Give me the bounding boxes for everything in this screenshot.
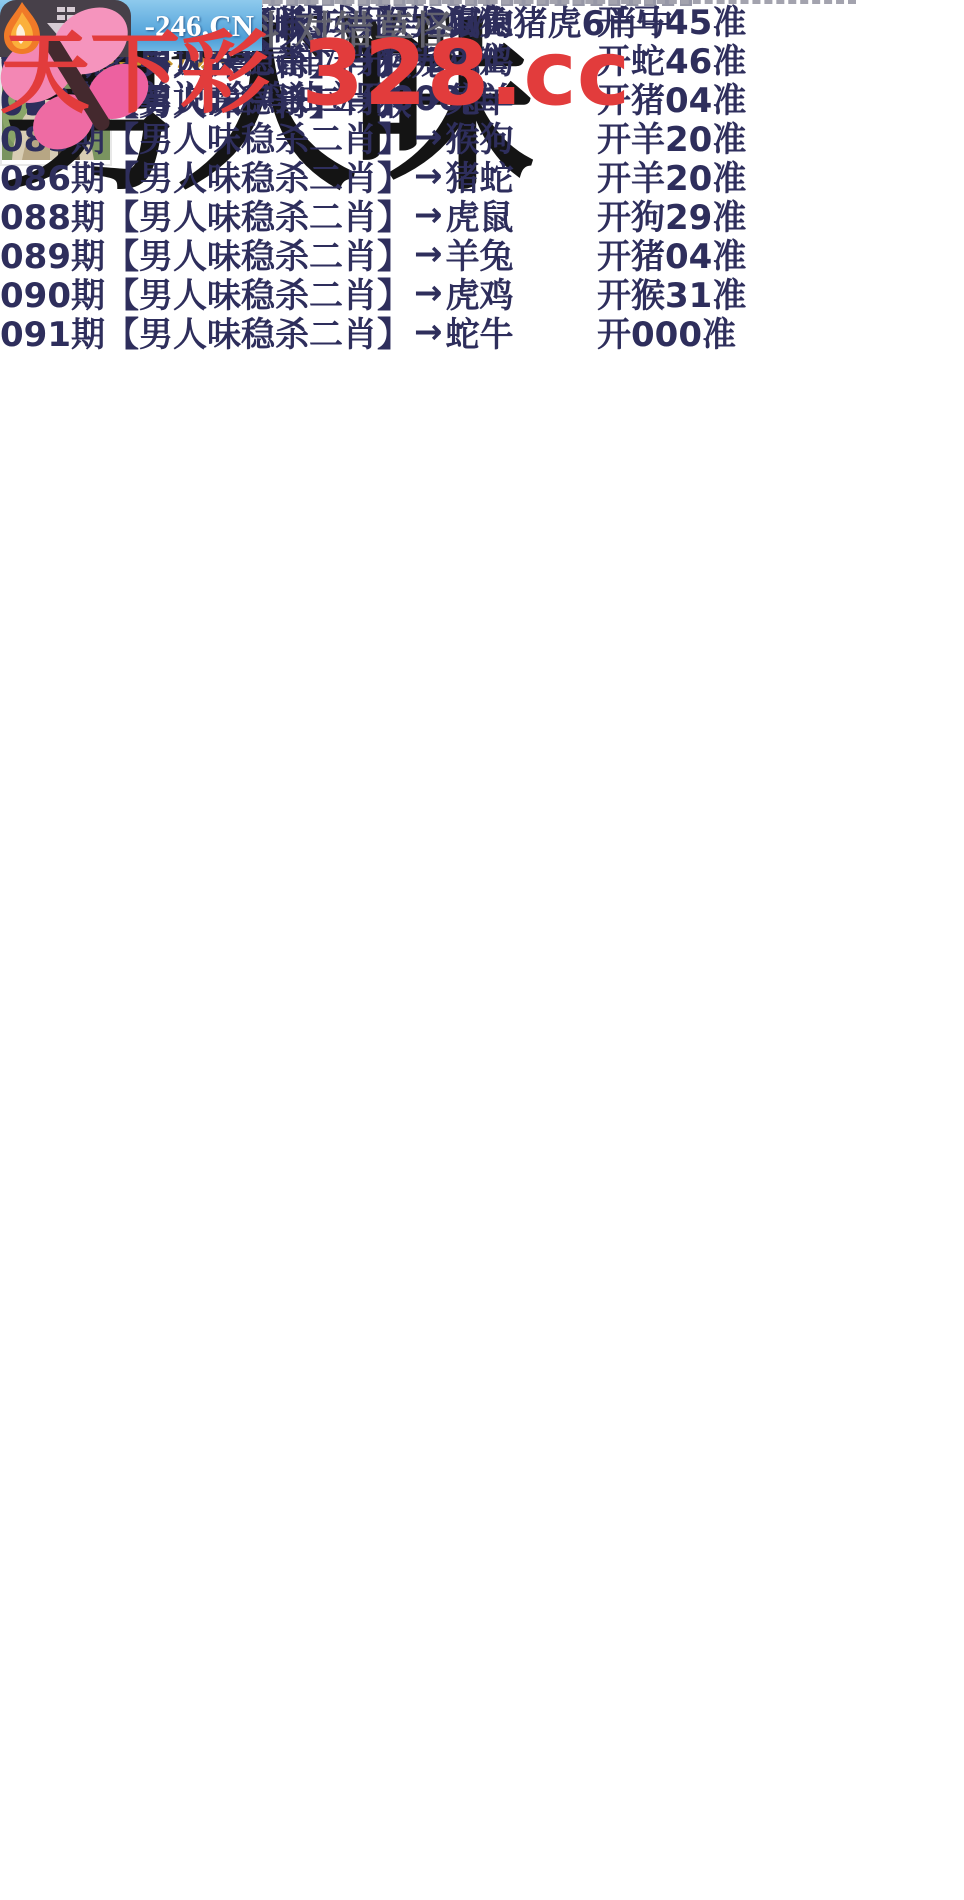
arrow-icon: → [414, 273, 443, 313]
arrow-icon: → [414, 156, 443, 196]
arrow-icon: → [414, 312, 443, 352]
row-pick: 蛇牛 [445, 307, 513, 356]
arrow-icon: → [414, 234, 443, 274]
page-root: 男人味 ® 认准正版 NANRENWEI 【原创】→男人味: 080期【男人味稳… [0, 0, 964, 1900]
watermark-text: 天下彩 328.cc [0, 0, 630, 130]
arrow-icon: → [414, 195, 443, 235]
record-row: 091期【男人味稳杀二肖】→蛇牛开000准 [0, 312, 770, 351]
row-issue: 091期 [0, 307, 105, 356]
row-label: 【男人味稳杀二肖】 [105, 307, 411, 356]
row-result: 开000准 [597, 307, 736, 356]
